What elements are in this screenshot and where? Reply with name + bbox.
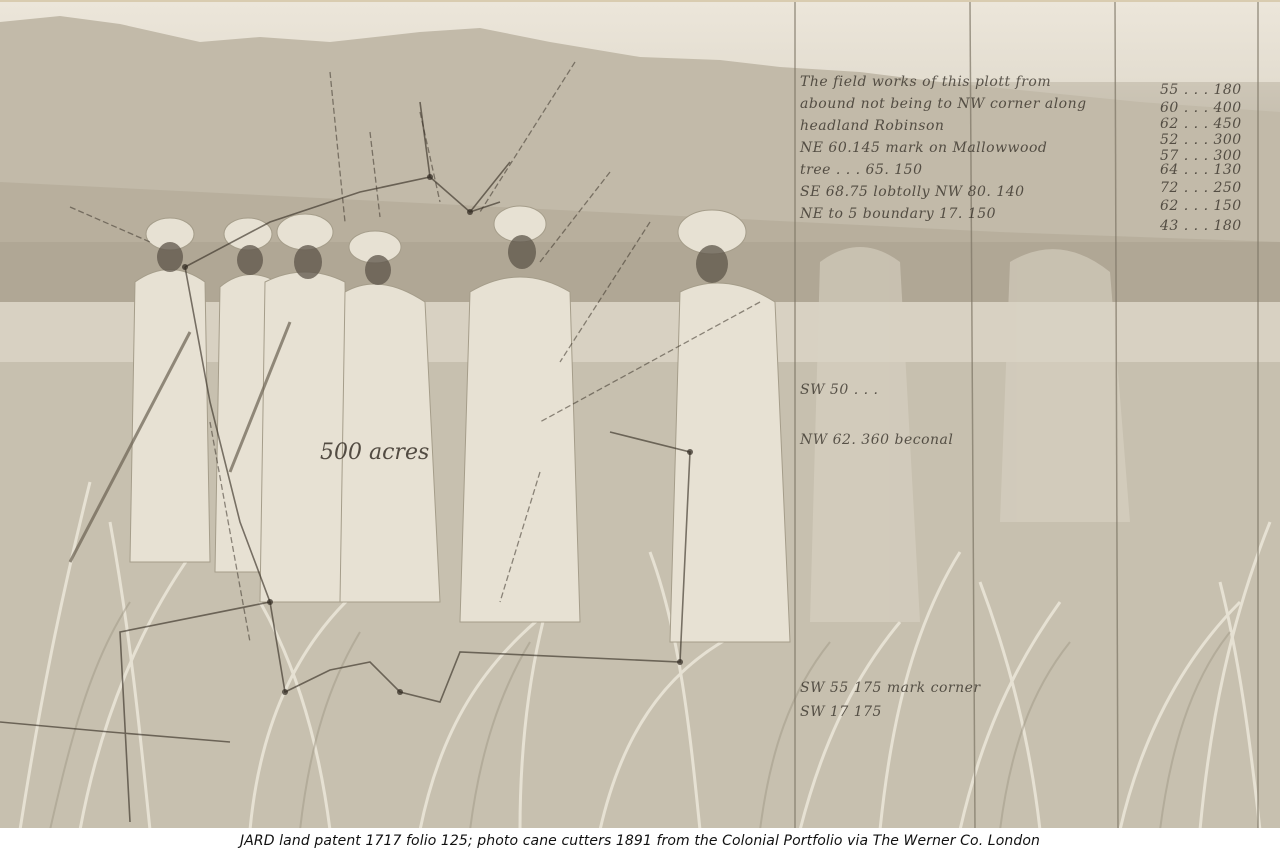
ledger-line: The field works of this plott from [800,74,1051,90]
ledger-line: SW 55 175 mark corner [800,680,981,696]
ledger-figure: 43 . . . 180 [1160,218,1242,234]
map-acreage-label: 500 acres [320,440,429,465]
ledger-figure: 55 . . . 180 [1160,82,1242,98]
survey-map-overlay [0,2,1280,830]
ledger-line: tree . . . 65. 150 [800,162,922,178]
ledger-figure: 52 . . . 300 [1160,132,1242,148]
ledger-figure: 60 . . . 400 [1160,100,1242,116]
caption-bar: JARD land patent 1717 folio 125; photo c… [0,828,1280,853]
ledger-line: SW 50 . . . [800,382,878,398]
ledger-line: SE 68.75 lobtolly NW 80. 140 [800,184,1025,200]
ledger-figure: 62 . . . 150 [1160,198,1242,214]
ledger-line: NE 60.145 mark on Mallowwood [800,140,1047,156]
ledger-line: abound not being to NW corner along [800,96,1087,112]
ledger-line: SW 17 175 [800,704,882,720]
ledger-line: NW 62. 360 beconal [800,432,953,448]
ledger-figure: 64 . . . 130 [1160,162,1242,178]
ledger-line: headland Robinson [800,118,944,134]
ledger-figure: 72 . . . 250 [1160,180,1242,196]
composite-photo: The field works of this plott from aboun… [0,0,1280,830]
ledger-line: NE to 5 boundary 17. 150 [800,206,996,222]
image-caption: JARD land patent 1717 folio 125; photo c… [240,833,1040,849]
ledger-figure: 62 . . . 450 [1160,116,1242,132]
